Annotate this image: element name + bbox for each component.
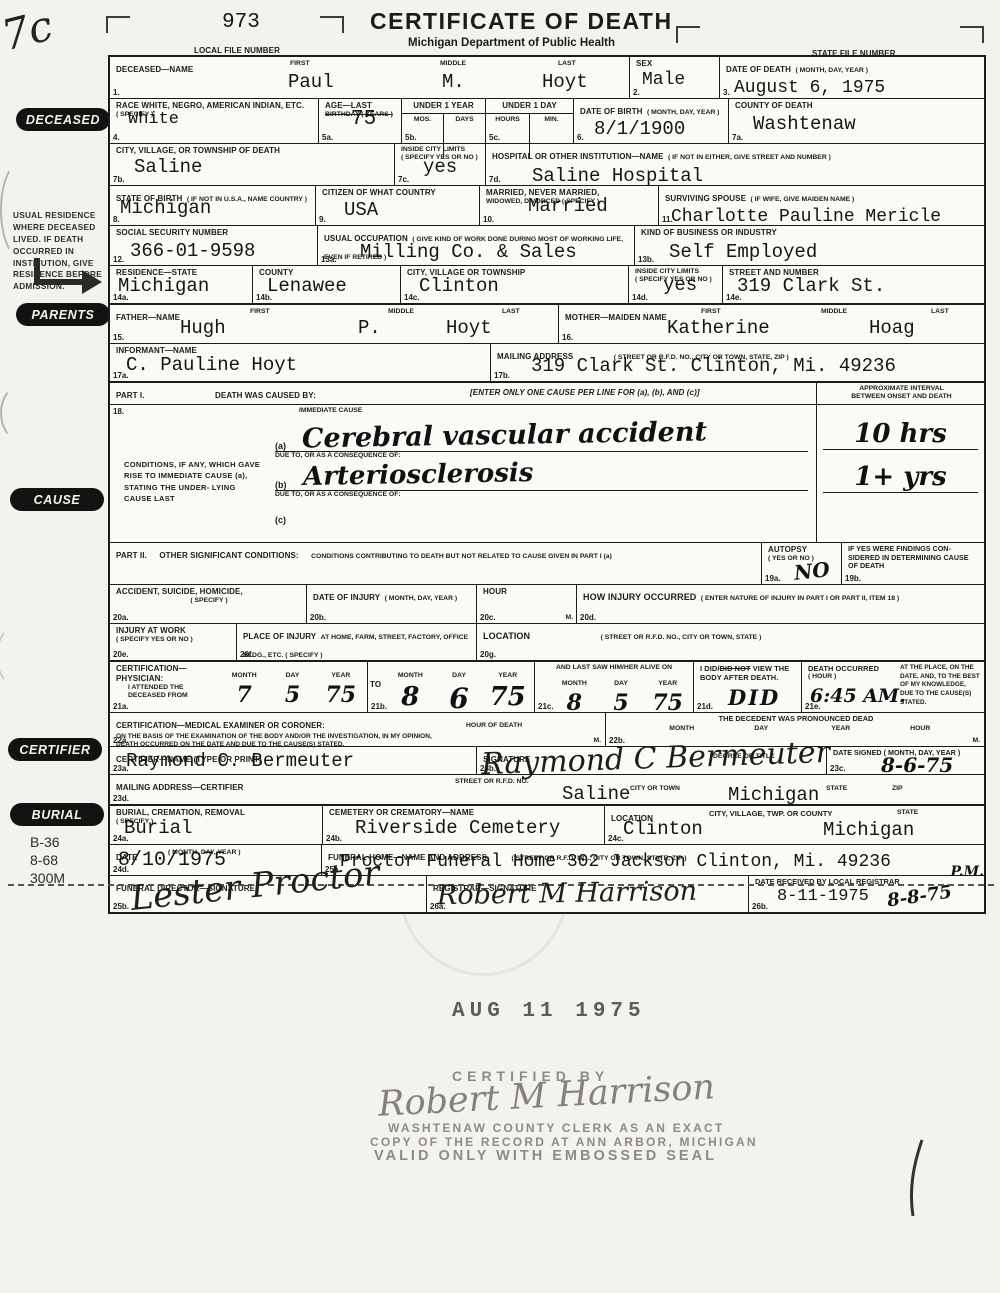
- from-month-value: 7: [220, 682, 268, 708]
- field-label: DEATH OCCURRED: [808, 664, 900, 673]
- pm-note: P.M.: [951, 864, 984, 880]
- day-label: DAY: [722, 725, 802, 733]
- field-label: THE DECEDENT WAS PRONOUNCED DEAD: [612, 715, 980, 724]
- date-signed-value: 8-6-75: [881, 753, 953, 777]
- field-city-of-death: CITY, VILLAGE, OR TOWNSHIP OF DEATH Sali…: [110, 144, 395, 185]
- to-day-col: DAY6: [435, 664, 484, 715]
- month-label: MONTH: [562, 680, 587, 687]
- death-certificate-scan: 7c 973 LOCAL FILE NUMBER CERTIFICATE OF …: [0, 0, 1000, 1293]
- to-month-value: 8: [386, 682, 435, 712]
- item-number: 16.: [562, 333, 573, 342]
- item-number: 7d.: [489, 175, 501, 184]
- field-age: AGE—LAST BIRTHDAY ( YEARS ) 75 5a.: [319, 99, 402, 143]
- row-parents: FATHER—NAME FIRST MIDDLE LAST Hugh P. Ho…: [110, 304, 984, 344]
- father-middle-value: P.: [358, 319, 381, 339]
- race-value: White: [128, 111, 179, 129]
- field-injury-hour: HOUR 20c. M.: [477, 585, 577, 623]
- last-label: LAST: [502, 308, 520, 316]
- tab-burial: BURIAL: [10, 803, 104, 826]
- county-value: Washtenaw: [753, 115, 980, 135]
- item-number: 20c.: [480, 613, 496, 622]
- field-citizen: CITIZEN OF WHAT COUNTRY USA 9.: [316, 186, 480, 225]
- field-label-paren: ( SPECIFY YES OR NO ): [116, 636, 232, 644]
- to-label: TO: [370, 680, 381, 690]
- interval-b-value: 1+ yrs: [854, 462, 946, 492]
- inside-limits-value: yes: [423, 158, 457, 178]
- certificate-form: DECEASED—NAME FIRST MIDDLE LAST Paul M. …: [108, 55, 986, 914]
- year-label: YEAR: [498, 672, 517, 679]
- interval-a-line: 10 hrs: [823, 405, 978, 450]
- from-day-col: DAY5: [268, 664, 316, 708]
- field-date-of-birth: DATE OF BIRTH ( MONTH, DAY, YEAR ) 8/1/1…: [574, 99, 729, 143]
- item-number: 5c.: [489, 133, 500, 142]
- father-last-value: Hoyt: [446, 319, 492, 339]
- certifier-city-value: Saline: [562, 785, 630, 805]
- field-county-of-death: COUNTY OF DEATH Washtenaw 7a.: [729, 99, 984, 143]
- field-residence-city: CITY, VILLAGE OR TOWNSHIP Clinton 14c.: [401, 266, 629, 303]
- field-injury-at-work: INJURY AT WORK ( SPECIFY YES OR NO ) 20e…: [110, 624, 237, 660]
- field-label-paren: ( MONTH, DAY, YEAR ): [647, 109, 720, 116]
- page-subtitle: Michigan Department of Public Health: [408, 37, 615, 49]
- registrar-signature-value: Robert M Harrison: [437, 876, 698, 912]
- item-number: 14c.: [404, 293, 420, 302]
- received-date-stamp: AUG 11 1975: [452, 1000, 646, 1023]
- field-place-of-injury: PLACE OF INJURY AT HOME, FARM, STREET, F…: [237, 624, 477, 660]
- field-residence-inside-limits: INSIDE CITY LIMITS ( SPECIFY YES OR NO )…: [629, 266, 723, 303]
- hour-of-death-label: HOUR OF DEATH: [466, 722, 522, 730]
- field-ssn: SOCIAL SECURITY NUMBER 366-01-9598 12.: [110, 226, 318, 265]
- sex-value: Male: [642, 71, 715, 90]
- field-attended-from: CERTIFICATION— PHYSICIAN: I ATTENDED THE…: [110, 662, 368, 712]
- year-label: YEAR: [658, 680, 677, 687]
- certifier-state-value: Michigan: [728, 786, 819, 806]
- field-label-paren: ( MONTH, DAY, YEAR ): [385, 595, 458, 602]
- saw-year-col: YEAR75: [644, 672, 691, 716]
- interval-label-2: BETWEEN ONSET AND DEATH: [823, 393, 980, 401]
- certification-label: CERTIFICATION—: [116, 664, 220, 674]
- from-month-col: MONTH7: [220, 664, 268, 708]
- field-autopsy: AUTOPSY ( YES OR NO ) 19a. NO: [762, 543, 842, 584]
- item-number: 20a.: [113, 613, 129, 622]
- item-number: 1.: [113, 88, 120, 97]
- autopsy-value: NO: [793, 557, 831, 585]
- cause-line-c: (c): [275, 499, 808, 525]
- cause-conditions-col: 18. CONDITIONS, IF ANY, WHICH GAVE RISE …: [110, 405, 267, 542]
- field-label: SURVIVING SPOUSE: [665, 194, 746, 203]
- date-of-death-value: August 6, 1975: [734, 79, 980, 98]
- item-number: 15.: [113, 333, 124, 342]
- field-industry: KIND OF BUSINESS OR INDUSTRY Self Employ…: [635, 226, 984, 265]
- year-label: YEAR: [331, 672, 350, 679]
- to-year-col: YEAR75: [483, 664, 532, 715]
- first-label: FIRST: [250, 308, 270, 316]
- to-year-value: 75: [483, 682, 532, 712]
- cause-a-value: Cerebral vascular accident: [302, 417, 707, 455]
- field-label: MAILING ADDRESS—CERTIFIER: [116, 783, 244, 792]
- field-label: HOW INJURY OCCURRED: [583, 592, 696, 602]
- field-date-signed: DATE SIGNED ( MONTH, DAY, YEAR ) 8-6-75 …: [827, 747, 984, 774]
- field-label: HOUR: [483, 587, 572, 597]
- last-label: LAST: [558, 60, 576, 68]
- month-label: MONTH: [398, 672, 423, 679]
- row-birth-citizen-marital: STATE OF BIRTH ( IF NOT IN U.S.A., NAME …: [110, 186, 984, 226]
- month-label: MONTH: [232, 672, 257, 679]
- burial-type-value: Burial: [124, 819, 192, 839]
- meridiem-label: M.: [565, 614, 573, 622]
- field-label: DECEASED—NAME: [116, 65, 193, 74]
- state-sublabel: STATE: [897, 809, 918, 817]
- industry-value: Self Employed: [669, 243, 980, 263]
- field-certifier-name: CERTIFIER—NAME (TYPE OR PRINT) Raymond C…: [110, 747, 477, 774]
- field-registrar-signature: REGISTRAR—SIGNATURE Robert M Harrison 26…: [427, 876, 749, 912]
- hour-label: HOUR: [881, 725, 961, 733]
- item-number: 21d.: [697, 702, 713, 711]
- tag-a: (a): [275, 441, 286, 451]
- item-number: 21a.: [113, 702, 129, 711]
- item-number: 25b.: [113, 902, 129, 911]
- other-conditions-label: OTHER SIGNIFICANT CONDITIONS:: [159, 551, 298, 560]
- certifier-name-value: Raymond C. Bermeuter: [126, 752, 354, 772]
- item-number: 24b.: [326, 834, 342, 843]
- field-marital-status: MARRIED, NEVER MARRIED, WIDOWED, DIVORCE…: [480, 186, 659, 225]
- item-number: 26b.: [752, 902, 768, 911]
- field-injury-location: LOCATION ( STREET OR R.F.D. NO., CITY OR…: [477, 624, 984, 660]
- tag-c: (c): [275, 515, 286, 525]
- field-deceased-name: DECEASED—NAME FIRST MIDDLE LAST Paul M. …: [110, 57, 630, 98]
- item-number: 17a.: [113, 371, 129, 380]
- tab-deceased: DECEASED: [16, 108, 110, 131]
- field-race: RACE WHITE, NEGRO, AMERICAN INDIAN, ETC.…: [110, 99, 319, 143]
- tag-b: (b): [275, 480, 287, 490]
- row-injury-at-work: INJURY AT WORK ( SPECIFY YES OR NO ) 20e…: [110, 624, 984, 661]
- field-label-paren: ( STREET OR R.F.D. NO., CITY OR TOWN, ST…: [601, 634, 762, 641]
- field-cemetery: CEMETERY OR CREMATORY—NAME Riverside Cem…: [323, 806, 605, 844]
- citizen-value: USA: [344, 201, 475, 221]
- field-label: SOCIAL SECURITY NUMBER: [116, 228, 313, 238]
- field-state-of-birth: STATE OF BIRTH ( IF NOT IN U.S.A., NAME …: [110, 186, 316, 225]
- tab-parents: PARENTS: [16, 303, 110, 326]
- field-residence-state: RESIDENCE—STATE Michigan 14a.: [110, 266, 253, 303]
- row-race-age: RACE WHITE, NEGRO, AMERICAN INDIAN, ETC.…: [110, 99, 984, 144]
- field-label-paren: ( MONTH, DAY, YEAR ): [795, 67, 868, 74]
- item-number: 10.: [483, 215, 494, 224]
- field-label: DATE OF DEATH: [726, 65, 791, 74]
- item-number: 23c.: [830, 764, 846, 773]
- field-label: KIND OF BUSINESS OR INDUSTRY: [641, 228, 980, 238]
- last-name-value: Hoyt: [542, 73, 588, 93]
- burial-date-value: 8/10/1975: [118, 850, 226, 871]
- item-number: 20e.: [113, 650, 129, 659]
- row-part1-header: PART I. DEATH WAS CAUSED BY: [ENTER ONLY…: [110, 382, 984, 405]
- field-residence-street: STREET AND NUMBER 319 Clark St. 14e.: [723, 266, 984, 303]
- interval-header: APPROXIMATE INTERVAL BETWEEN ONSET AND D…: [817, 383, 984, 404]
- item-number: 21c.: [538, 702, 554, 711]
- field-label: FATHER—NAME: [116, 313, 180, 322]
- field-date-of-injury: DATE OF INJURY ( MONTH, DAY, YEAR ) 20b.: [307, 585, 477, 623]
- form-code-1: B-36: [30, 833, 65, 851]
- year-label: YEAR: [801, 725, 881, 733]
- field-burial-location: LOCATION CITY, VILLAGE, TWP. OR COUNTY S…: [605, 806, 984, 844]
- field-attended-to: TO MONTH8 DAY6 YEAR75 21b.: [368, 662, 535, 712]
- day-label: DAY: [286, 672, 300, 679]
- field-autopsy-findings: IF YES WERE FINDINGS CON- SIDERED IN DET…: [842, 543, 984, 584]
- cause-line-a: (a) Cerebral vascular accident: [275, 415, 808, 452]
- part1-header: PART I. DEATH WAS CAUSED BY: [ENTER ONLY…: [110, 383, 817, 404]
- informant-mailing-value: 319 Clark St. Clinton, Mi. 49236: [531, 357, 896, 377]
- item-number: 20d.: [580, 613, 596, 622]
- spouse-value: Charlotte Pauline Mericle: [671, 208, 980, 227]
- first-label: FIRST: [701, 308, 721, 316]
- row-ssn-occupation: SOCIAL SECURITY NUMBER 366-01-9598 12. U…: [110, 226, 984, 266]
- field-label-paren: ( IF NOT IN EITHER, GIVE STREET AND NUMB…: [668, 154, 831, 161]
- row-medical-examiner: CERTIFICATION—MEDICAL EXAMINER OR CORONE…: [110, 713, 984, 747]
- item-number: 12.: [113, 255, 124, 264]
- item-number: 19a.: [765, 574, 781, 583]
- field-how-injury-occurred: HOW INJURY OCCURRED ( ENTER NATURE OF IN…: [577, 585, 984, 623]
- clerk-stamp-line-2: COPY OF THE RECORD AT ANN ARBOR, MICHIGA…: [370, 1135, 758, 1149]
- hour-of-death-value: 6:45 AM.: [810, 685, 900, 707]
- hole-punch-mark3: [0, 625, 36, 687]
- item-number: 24a.: [113, 834, 129, 843]
- location-sublabel: CITY, VILLAGE, TWP. OR COUNTY: [709, 809, 832, 818]
- item-number: 24d.: [113, 865, 129, 874]
- item-number: 6.: [577, 133, 584, 142]
- month-label: MONTH: [642, 725, 722, 733]
- field-label: UNDER 1 YEAR: [402, 99, 485, 114]
- first-name-value: Paul: [288, 73, 334, 93]
- row-residence: RESIDENCE—STATE Michigan 14a. COUNTY Len…: [110, 266, 984, 304]
- state-label: STATE: [826, 785, 847, 793]
- page-title: CERTIFICATE OF DEATH: [370, 8, 673, 35]
- field-informant-mailing: MAILING ADDRESS ( STREET OR R.F.D. NO., …: [491, 344, 984, 381]
- saw-day-col: DAY5: [598, 672, 645, 716]
- one-cause-note: [ENTER ONLY ONE CAUSE PER LINE FOR (a), …: [470, 388, 700, 398]
- from-year-value: 75: [317, 682, 365, 708]
- item-number: 14d.: [632, 293, 648, 302]
- field-residence-county: COUNTY Lenawee 14b.: [253, 266, 401, 303]
- age-value: 75: [351, 109, 376, 131]
- item-number: 17b.: [494, 371, 510, 380]
- part2-label: PART II.: [116, 551, 147, 560]
- field-informant: INFORMANT—NAME C. Pauline Hoyt 17a.: [110, 344, 491, 381]
- last-label: LAST: [931, 308, 949, 316]
- item-number: 14a.: [113, 293, 129, 302]
- field-occupation: USUAL OCCUPATION ( GIVE KIND OF WORK DON…: [318, 226, 635, 265]
- middle-label: MIDDLE: [821, 308, 847, 316]
- field-label: LOCATION: [483, 631, 530, 641]
- field-label: AUTOPSY: [768, 545, 837, 555]
- field-label: ACCIDENT, SUICIDE, HOMICIDE,: [116, 587, 302, 597]
- item-number: 23d.: [113, 794, 129, 803]
- middle-label: MIDDLE: [388, 308, 414, 316]
- item-number: 20b.: [310, 613, 326, 622]
- item-number: 21e.: [805, 702, 821, 711]
- item-number: 8.: [113, 215, 120, 224]
- item-number: 19b.: [845, 574, 861, 583]
- clerk-stamp-line-1: WASHTENAW COUNTY CLERK AS AN EXACT: [388, 1121, 724, 1135]
- interval-a-value: 10 hrs: [854, 419, 946, 449]
- field-label: PLACE OF INJURY: [243, 632, 316, 641]
- item-number: 21b.: [371, 702, 387, 711]
- father-first-value: Hugh: [180, 319, 226, 339]
- occupation-value: Milling Co. & Sales: [360, 243, 577, 263]
- field-label: CITIZEN OF WHAT COUNTRY: [322, 188, 475, 198]
- funeral-home-value: Proctor Funeral Home 302 Jackson Clinton…: [340, 853, 891, 872]
- field-label: MOTHER—MAIDEN NAME: [565, 313, 667, 322]
- field-label: UNDER 1 DAY: [486, 99, 573, 114]
- zip-label: ZIP: [892, 785, 903, 793]
- field-label-paren: ( HOUR ): [808, 673, 900, 681]
- form-codes: B-36 8-68 300M: [30, 833, 65, 888]
- clerk-stamp-line-3: VALID ONLY WITH EMBOSSED SEAL: [374, 1148, 717, 1164]
- cemetery-value: Riverside Cemetery: [355, 819, 560, 839]
- crop-mark-top-right2: [960, 26, 984, 43]
- attended-label-2: DECEASED FROM: [128, 692, 220, 700]
- item-number: 22a.: [113, 736, 129, 745]
- item-number: 20f.: [240, 650, 254, 659]
- field-surviving-spouse: SURVIVING SPOUSE ( IF WIFE, GIVE MAIDEN …: [659, 186, 984, 225]
- view-label-1: I DID/: [700, 664, 720, 673]
- city-label: CITY OR TOWN: [630, 785, 680, 793]
- field-label: HOSPITAL OR OTHER INSTITUTION—NAME: [492, 152, 664, 161]
- informant-value: C. Pauline Hoyt: [126, 356, 297, 376]
- other-conditions-note: CONDITIONS CONTRIBUTING TO DEATH BUT NOT…: [311, 553, 612, 560]
- field-label: CITY, VILLAGE, OR TOWNSHIP OF DEATH: [116, 146, 390, 156]
- residence-street-value: 319 Clark St.: [737, 277, 885, 297]
- part2-conditions: PART II. OTHER SIGNIFICANT CONDITIONS: C…: [110, 543, 762, 584]
- field-label: SEX: [636, 59, 715, 69]
- middle-name-value: M.: [442, 73, 465, 93]
- row-burial: BURIAL, CREMATION, REMOVAL ( SPECIFY ) B…: [110, 805, 984, 845]
- from-day-value: 5: [268, 682, 316, 708]
- ssn-value: 366-01-9598: [130, 242, 313, 262]
- field-under-1-day: UNDER 1 DAY HOURS MIN. 5c.: [486, 99, 574, 143]
- field-label: COUNTY OF DEATH: [735, 101, 980, 111]
- field-hospital: HOSPITAL OR OTHER INSTITUTION—NAME ( IF …: [486, 144, 984, 185]
- field-label-paren: ( ENTER NATURE OF INJURY IN PART I OR PA…: [701, 595, 899, 602]
- crop-mark-top-right: [676, 26, 700, 43]
- item-number: 14e.: [726, 293, 742, 302]
- item-number: 7b.: [113, 175, 125, 184]
- field-sex: SEX Male 2.: [630, 57, 720, 98]
- field-date-of-death: DATE OF DEATH ( MONTH, DAY, YEAR ) Augus…: [720, 57, 984, 98]
- attended-label-1: I ATTENDED THE: [128, 684, 220, 692]
- item-number: 9.: [319, 215, 326, 224]
- item-number: 20g.: [480, 650, 496, 659]
- to-month-col: MONTH8: [386, 664, 435, 715]
- item-number: 2.: [633, 88, 640, 97]
- hospital-value: Saline Hospital: [532, 167, 980, 187]
- field-medical-examiner: CERTIFICATION—MEDICAL EXAMINER OR CORONE…: [110, 713, 606, 746]
- burial-city-value: Clinton: [623, 820, 703, 840]
- immediate-cause-label: IMMEDIATE CAUSE: [299, 407, 808, 415]
- mother-first-value: Katherine: [667, 319, 770, 339]
- due-to-label: DUE TO, OR AS A CONSEQUENCE OF:: [275, 491, 808, 499]
- item-number: 3.: [723, 88, 730, 97]
- item-number: 18.: [113, 407, 124, 416]
- field-viewed-body: I DID/DID NOT VIEW THE BODY AFTER DEATH.…: [694, 662, 802, 712]
- city-of-death-value: Saline: [134, 158, 202, 178]
- field-label: INSIDE CITY LIMITS: [401, 146, 481, 154]
- occurred-note: AT THE PLACE, ON THE DATE, AND, TO THE B…: [900, 664, 980, 707]
- field-label: DATE OF BIRTH: [580, 107, 642, 116]
- interval-b-line: 1+ yrs: [823, 450, 978, 493]
- hole-punch-mark2: [0, 385, 40, 441]
- local-file-number-value: 973: [222, 12, 260, 34]
- field-under-1-year: UNDER 1 YEAR MOS. DAYS 5b.: [402, 99, 486, 143]
- field-label: DATE OF INJURY: [313, 593, 380, 602]
- field-death-occurred-hour: DEATH OCCURRED ( HOUR ) 6:45 AM. AT THE …: [802, 662, 984, 712]
- item-number: 13a.: [321, 255, 337, 264]
- cause-b-value: Arteriosclerosis: [302, 458, 533, 492]
- form-code-2: 8-68: [30, 851, 65, 869]
- pen-stroke: [898, 1138, 938, 1220]
- row-certification-physician: CERTIFICATION— PHYSICIAN: I ATTENDED THE…: [110, 661, 984, 713]
- conditions-note: CONDITIONS, IF ANY, WHICH GAVE RISE TO I…: [124, 459, 263, 504]
- viewed-body-value: DID: [728, 685, 797, 710]
- mother-last-value: Hoag: [869, 319, 915, 339]
- margin-scribble: 7c: [0, 1, 57, 61]
- row-signatures: FUNERAL DIRECTOR—SIGNATURE Lester Procto…: [110, 876, 984, 912]
- item-number: 4.: [113, 133, 120, 142]
- item-number: 13b.: [638, 255, 654, 264]
- part1-label: PART I.: [116, 391, 145, 400]
- item-number: 5b.: [405, 133, 417, 142]
- view-label-struck: DID NOT: [720, 664, 751, 673]
- hole-punch-mark: [0, 162, 40, 258]
- field-father-name: FATHER—NAME FIRST MIDDLE LAST Hugh P. Ho…: [110, 305, 559, 343]
- field-date-received: DATE RECEIVED BY LOCAL REGISTRAR 8-11-19…: [749, 876, 984, 912]
- interval-label-1: APPROXIMATE INTERVAL: [823, 385, 980, 393]
- crop-mark-top-left: [106, 16, 130, 33]
- row-place-of-death: CITY, VILLAGE, OR TOWNSHIP OF DEATH Sali…: [110, 144, 984, 186]
- row-part2: PART II. OTHER SIGNIFICANT CONDITIONS: C…: [110, 543, 984, 585]
- item-number: 11.: [662, 215, 673, 224]
- meridiem-label: M.: [972, 737, 980, 745]
- field-burial-type: BURIAL, CREMATION, REMOVAL ( SPECIFY ) B…: [110, 806, 323, 844]
- field-mother-name: MOTHER—MAIDEN NAME FIRST MIDDLE LAST Kat…: [559, 305, 984, 343]
- cause-lines-col: IMMEDIATE CAUSE (a) Cerebral vascular ac…: [267, 405, 817, 542]
- row-informant: INFORMANT—NAME C. Pauline Hoyt 17a. MAIL…: [110, 344, 984, 382]
- field-funeral-director-signature: FUNERAL DIRECTOR—SIGNATURE Lester Procto…: [110, 876, 427, 912]
- field-label-paren: ( IF WIFE, GIVE MAIDEN NAME ): [750, 196, 854, 203]
- residence-city-value: Clinton: [419, 277, 499, 297]
- field-label: INJURY AT WORK: [116, 626, 232, 636]
- saw-month-col: MONTH8: [551, 672, 598, 716]
- item-number: 23a.: [113, 764, 129, 773]
- residence-county-value: Lenawee: [267, 277, 347, 297]
- day-label: DAY: [614, 680, 628, 687]
- county-clerk-signature: Robert M Harrison: [377, 1067, 716, 1125]
- caused-by-label: DEATH WAS CAUSED BY:: [215, 391, 316, 400]
- day-label: DAY: [452, 672, 466, 679]
- residence-state-value: Michigan: [118, 277, 209, 297]
- residence-inside-value: yes: [663, 276, 697, 296]
- interval-col: 10 hrs 1+ yrs: [817, 405, 984, 542]
- row-cause-block: 18. CONDITIONS, IF ANY, WHICH GAVE RISE …: [110, 405, 984, 543]
- row-certifier-name: CERTIFIER—NAME (TYPE OR PRINT) Raymond C…: [110, 747, 984, 775]
- first-label: FIRST: [290, 60, 310, 68]
- item-number: 7c.: [398, 175, 409, 184]
- burial-state-value: Michigan: [823, 821, 914, 841]
- field-label: IF YES WERE FINDINGS CON- SIDERED IN DET…: [848, 545, 980, 571]
- to-day-value: 6: [435, 682, 484, 715]
- crop-mark-top-left2: [320, 16, 344, 33]
- field-funeral-home: FUNERAL HOME—NAME AND ADDRESS ( STREET O…: [322, 845, 984, 875]
- field-accident-suicide: ACCIDENT, SUICIDE, HOMICIDE, ( SPECIFY )…: [110, 585, 307, 623]
- row-accident: ACCIDENT, SUICIDE, HOMICIDE, ( SPECIFY )…: [110, 585, 984, 624]
- middle-label: MIDDLE: [440, 60, 466, 68]
